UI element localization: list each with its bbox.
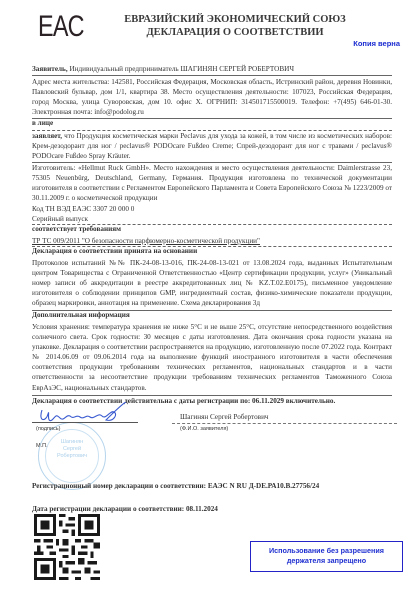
eac-logo: EAC	[38, 12, 69, 42]
tn-ved-code: Код ТН ВЭД ЕАЭС 3307 20 000 0	[32, 204, 392, 214]
declares-label: заявляет,	[32, 132, 62, 140]
product-text: что Продукция косметическая марки Peclav…	[32, 132, 392, 160]
divider	[32, 118, 392, 119]
additional-info-text: Условия хранения: температура хранения н…	[32, 322, 392, 393]
registration-date-value: 08.11.2024	[186, 505, 218, 513]
registration-number: Регистрационный номер декларации о соотв…	[32, 482, 319, 490]
registration-date-label: Дата регистрации декларации о соответств…	[32, 505, 184, 513]
seal-stamp: Шагинян Сергей Робертович	[38, 422, 106, 490]
regulation-name: ТР ТС 009/2011 "О безопасности парфюмерн…	[32, 237, 260, 245]
copy-verified-stamp: Копия верна	[353, 39, 400, 48]
notice-line2: держателя запрещено	[251, 556, 402, 566]
union-title: ЕВРАЗИЙСКИЙ ЭКОНОМИЧЕСКИЙ СОЮЗ	[110, 14, 360, 25]
divider	[32, 395, 392, 396]
in-person-label: в лице	[32, 119, 53, 127]
usage-restriction-notice: Использование без разрешения держателя з…	[250, 541, 403, 572]
document-title: ДЕКЛАРАЦИЯ О СООТВЕТСТВИИ	[110, 27, 360, 38]
divider	[32, 75, 392, 76]
requirements-value: ТР ТС 009/2011 "О безопасности парфюмерн…	[32, 236, 392, 246]
basis-text: Протоколов испытаний №№ ПК-24-08-13-016,…	[32, 258, 392, 308]
registration-date: Дата регистрации декларации о соответств…	[32, 505, 218, 513]
applicant-label: Заявитель,	[32, 65, 68, 73]
qr-code-icon[interactable]	[34, 514, 100, 580]
requirements-label: соответствует требованиям	[32, 225, 121, 233]
applicant-line: Заявитель, Индивидуальный предпринимател…	[32, 64, 392, 74]
stamp-place-label: М.П.	[36, 443, 48, 449]
signature-label: (подпись)	[36, 426, 60, 432]
registration-number-value: ЕАЭС N RU Д-DE.РА10.В.27756/24	[208, 482, 319, 490]
manufacturer-text: Изготовитель: «Hellmut Ruck GmbH». Место…	[32, 163, 392, 203]
product-description: заявляет, что Продукция косметическая ма…	[32, 131, 392, 161]
signer-name: Шагинян Сергей Робертович	[180, 413, 269, 421]
signature-line	[32, 422, 138, 423]
signer-name-label: (Ф.И.О. заявителя)	[180, 426, 228, 432]
additional-info-label: Дополнительная информация	[32, 311, 130, 319]
notice-line1: Использование без разрешения	[251, 546, 402, 556]
signer-name-line	[172, 423, 397, 424]
applicant-address: Адрес места жительства: 142581, Российск…	[32, 77, 392, 117]
registration-number-label: Регистрационный номер декларации о соотв…	[32, 482, 206, 490]
release-type: Серийный выпуск	[32, 214, 392, 224]
basis-label: Декларация о соответствии принята на осн…	[32, 247, 197, 255]
seal-text: Шагинян Сергей Робертович	[39, 439, 105, 460]
applicant-value: Индивидуальный предприниматель ШАГИНЯН С…	[69, 65, 294, 73]
